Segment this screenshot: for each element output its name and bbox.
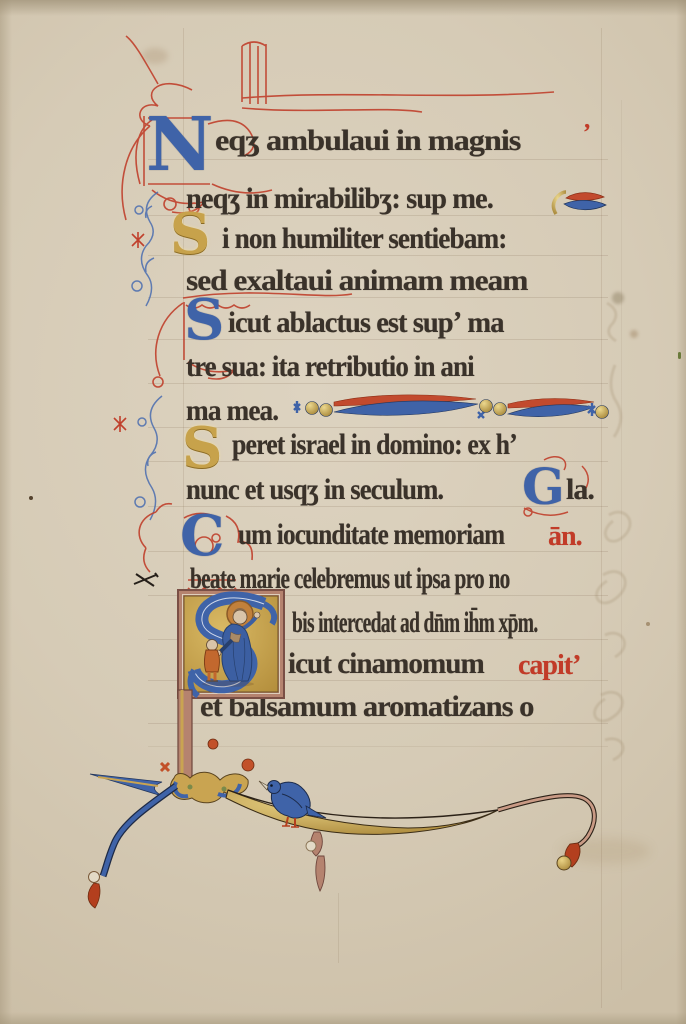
line-text: peret israel in domino: ex hʼ: [232, 428, 517, 462]
line-text: neqʒ in mirabilibʒ: sup me.: [186, 182, 493, 216]
page-edge-left: [0, 0, 12, 1024]
manuscript-page: eqʒ ambulaui in magnis neqʒ in mirabilib…: [0, 0, 686, 1024]
foliate-border-with-bird: [78, 686, 608, 926]
text-line: sed exaltaui animam meam: [186, 264, 511, 304]
text-line: i non humiliter sentiebam:: [222, 222, 535, 262]
initial-n: N: [146, 108, 214, 182]
initial-s-blue: S: [184, 292, 224, 348]
text-line: neqʒ in mirabilibʒ: sup me.: [186, 182, 509, 222]
initial-s-gold-1: S: [170, 206, 210, 262]
long-line-filler: [288, 392, 610, 428]
text-line: nunc et usqʒ in seculum.: [186, 473, 475, 513]
speck: [29, 496, 33, 500]
line-text: tre sua: ita retributio in ani: [186, 350, 474, 384]
red-flower-mark: [111, 415, 129, 433]
black-cross-mark: [132, 570, 160, 592]
text-after-initial-g: la.: [566, 473, 594, 513]
line-text: sed exaltaui animam meam: [186, 264, 527, 298]
page-edge-bottom: [0, 1012, 686, 1024]
historiated-initial-s: [176, 588, 286, 700]
red-flower-mark: [129, 231, 147, 249]
left-stem: [88, 786, 176, 908]
text-line: icut cinamomum: [288, 647, 490, 687]
text-line: peret israel in domino: ex hʼ: [232, 428, 563, 468]
line-text: eqʒ ambulaui in magnis: [215, 124, 520, 158]
line-text: um iocunditate memoriam: [238, 518, 504, 552]
speck: [678, 352, 681, 359]
page-edge-top: [0, 0, 686, 16]
line-text: icut ablactus est supʼ ma: [228, 306, 504, 340]
text-line: bis intercedat ad dn̄m ih̄m xp̄m.: [292, 606, 670, 646]
pendant-drop: [306, 832, 325, 891]
initial-c: C: [180, 508, 225, 564]
text-line: tre sua: ita retributio in ani: [186, 350, 506, 390]
page-edge-right: [676, 0, 686, 1024]
line-text: i non humiliter sentiebam:: [222, 222, 507, 256]
line-text: bis intercedat ad dn̄m ih̄m xp̄m.: [292, 606, 538, 640]
red-tick-mark: ʼ: [583, 120, 590, 147]
rubric-capitulum: capitʼ: [518, 650, 580, 682]
line-text: nunc et usqʒ in seculum.: [186, 473, 443, 507]
short-line-filler: [550, 188, 608, 220]
rubric-antiphon: ān.: [548, 521, 582, 553]
initial-s-gold-2: S: [182, 420, 222, 476]
line-text: icut cinamomum: [288, 647, 484, 681]
text-line: um iocunditate memoriam: [238, 518, 555, 558]
text-line: eqʒ ambulaui in magnis: [215, 124, 498, 164]
initial-g: G: [522, 462, 565, 512]
text-line: icut ablactus est supʼ ma: [228, 306, 518, 346]
descender-bar: [178, 690, 192, 786]
line-text: la.: [566, 473, 594, 507]
